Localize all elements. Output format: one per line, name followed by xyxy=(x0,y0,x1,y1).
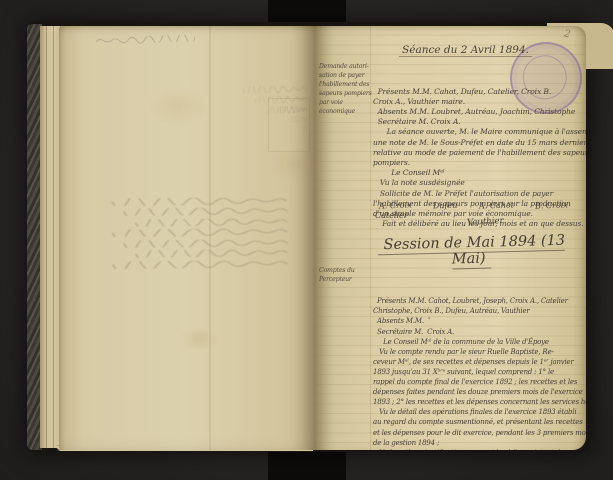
manuscript-line: au regard du compte susmentionné, et pré… xyxy=(373,417,586,427)
signature: A. Croix xyxy=(379,200,412,210)
manuscript-line: Le Conseil Mᵃˡ de la commune de la Ville… xyxy=(373,337,586,347)
manuscript-line: 1893 ; 2° les recettes et les dépenses c… xyxy=(373,397,586,407)
margin-note-line: sapeurs pompiers xyxy=(319,89,373,98)
session-heading-mai: Session de Mai 1894 (13 Mai) xyxy=(371,233,573,270)
manuscript-line: Croix A., Vauthier maire. xyxy=(373,97,586,107)
manuscript-line: une note de M. le Sous-Préfet en date du… xyxy=(373,138,586,148)
margin-note-avril: Demande autori-sation de payerl'habillem… xyxy=(319,62,373,116)
manuscript-line: pompiers. xyxy=(373,158,586,168)
manuscript-line: La séance ouverte, M. le Maire communiqu… xyxy=(373,127,586,137)
manuscript-line: Présents M.M. Cahot, Dufeu, Catelier, Cr… xyxy=(373,87,586,97)
manuscript-line: Vu le compte rendu par le sieur Ruelle B… xyxy=(373,347,586,357)
signature: A. Cahot xyxy=(479,200,514,210)
manuscript-line: Secrétaire M. Croix A. xyxy=(373,117,586,127)
margin-note-line: Demande autori- xyxy=(319,62,373,71)
signatures-row: A. CroixDufeuA. CahotB. Croix xyxy=(379,201,568,210)
signature: Dufeu xyxy=(433,201,458,211)
manuscript-line: 1893 jusqu'au 31 Xᵇʳᵉ suivant, lequel co… xyxy=(373,367,586,377)
manuscript-line: relative au mode de paiement de l'habill… xyxy=(373,148,586,158)
margin-note-line: sation de payer xyxy=(319,71,373,80)
margin-note-mai: Comptes duPercepteur xyxy=(319,266,373,284)
margin-note-line: l'habillement des xyxy=(319,80,373,89)
foxing-stain xyxy=(179,326,219,352)
right-page: 2 Séance du 2 Avril 1894. Demande autori… xyxy=(315,26,586,450)
manuscript-line: ceveur Mᵃˡ, de ses recettes et dépenses … xyxy=(373,357,586,367)
signature: Catelier xyxy=(375,211,408,220)
manuscript-line: Sollicite de M. le Préfet l'autorisation… xyxy=(373,189,586,199)
archival-photograph: 2 Séance du 2 Avril 1894. Demande autori… xyxy=(0,0,613,480)
signature: B. Croix xyxy=(535,200,568,210)
manuscript-line: rappel du compte final de l'exercice 189… xyxy=(373,377,586,387)
session-heading-text: Session de Mai 1894 (13 Mai) xyxy=(377,233,565,270)
foxing-stain xyxy=(149,86,209,126)
manuscript-line: dépenses faites pendant les douze premie… xyxy=(373,387,586,397)
manuscript-line: Absents M.M. ″ xyxy=(373,316,586,326)
bleedthrough-text xyxy=(99,193,290,272)
margin-note-line: par voie xyxy=(319,98,373,107)
left-page xyxy=(59,26,315,450)
manuscript-line: de la gestion 1894 ; xyxy=(373,438,586,448)
margin-note-line: Comptes du xyxy=(319,266,373,275)
manuscript-line: Vu la note susdésignée xyxy=(373,178,586,188)
margin-note-line: économique xyxy=(319,107,373,116)
page-number: 2 xyxy=(563,28,572,40)
manuscript-line: et les dépenses pour le dit exercice, pe… xyxy=(373,428,586,438)
register-book: 2 Séance du 2 Avril 1894. Demande autori… xyxy=(27,22,590,452)
pencil-inscription xyxy=(95,30,205,48)
manuscript-line: Vu le détail des opérations finales de l… xyxy=(373,407,586,417)
manuscript-line: Le Conseil Mᵃˡ xyxy=(373,168,586,178)
manuscript-line: Vu les pièces justificatives rapportées … xyxy=(373,448,586,450)
manuscript-line: Absents M.M. Loubret, Autréau, Joachim, … xyxy=(373,107,586,117)
minutes-body-mai: Présents M.M. Cahot, Loubret, Joseph, Cr… xyxy=(373,266,586,450)
margin-note-line: Percepteur xyxy=(319,275,373,284)
signature: Vauthier xyxy=(467,216,504,228)
manuscript-line: Christophe, Croix B., Dufeu, Autréau, Va… xyxy=(373,306,586,316)
session-title-avril: Séance du 2 Avril 1894. xyxy=(385,44,546,56)
manuscript-line: Présents M.M. Cahot, Loubret, Joseph, Cr… xyxy=(373,296,586,306)
manuscript-line: Secrétaire M. Croix A. xyxy=(373,327,586,337)
bleedthrough-table xyxy=(268,98,310,152)
